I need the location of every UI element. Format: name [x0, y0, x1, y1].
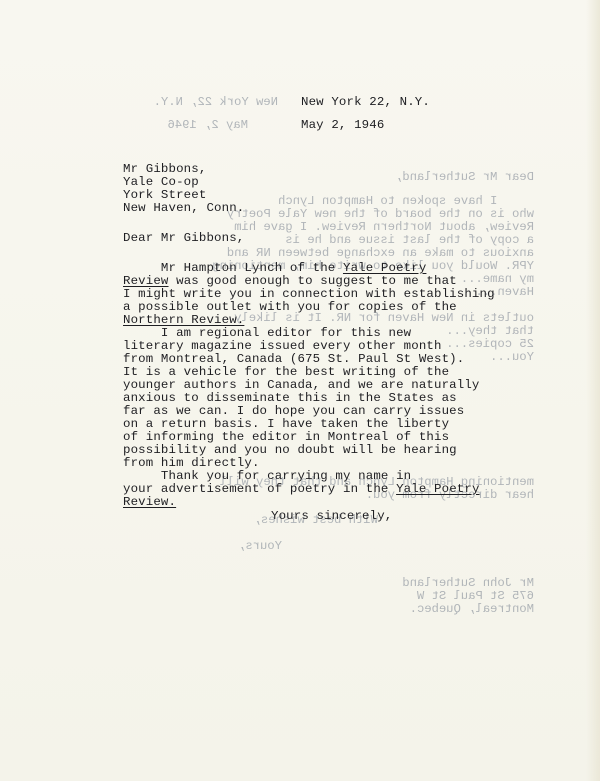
closing: Yours sincerely, — [271, 510, 392, 523]
body-text: your advertisement of poetry in the — [123, 482, 396, 496]
underlined-title: Review — [123, 274, 169, 288]
salutation: Dear Mr Gibbons, — [123, 232, 244, 245]
underlined-title: Yale Poetry — [343, 261, 426, 275]
underlined-title: Review. — [123, 495, 176, 509]
recipient-line: New Haven, Conn. — [123, 202, 244, 215]
body-line: Review. — [123, 496, 176, 509]
body-text: Mr Hampton Lynch of the — [123, 261, 343, 275]
letter-place: New York 22, N.Y. — [301, 96, 430, 109]
underlined-title: Northern Review. — [123, 313, 244, 327]
letter-date: May 2, 1946 — [301, 119, 384, 132]
body-text: was good enough to suggest to me that — [176, 274, 457, 288]
body-line: your advertisement of poetry in the Yale… — [123, 483, 480, 496]
underlined-title: Yale Poetry — [396, 482, 479, 496]
letter-front: New York 22, N.Y. May 2, 1946 Mr Gibbons… — [0, 0, 600, 781]
